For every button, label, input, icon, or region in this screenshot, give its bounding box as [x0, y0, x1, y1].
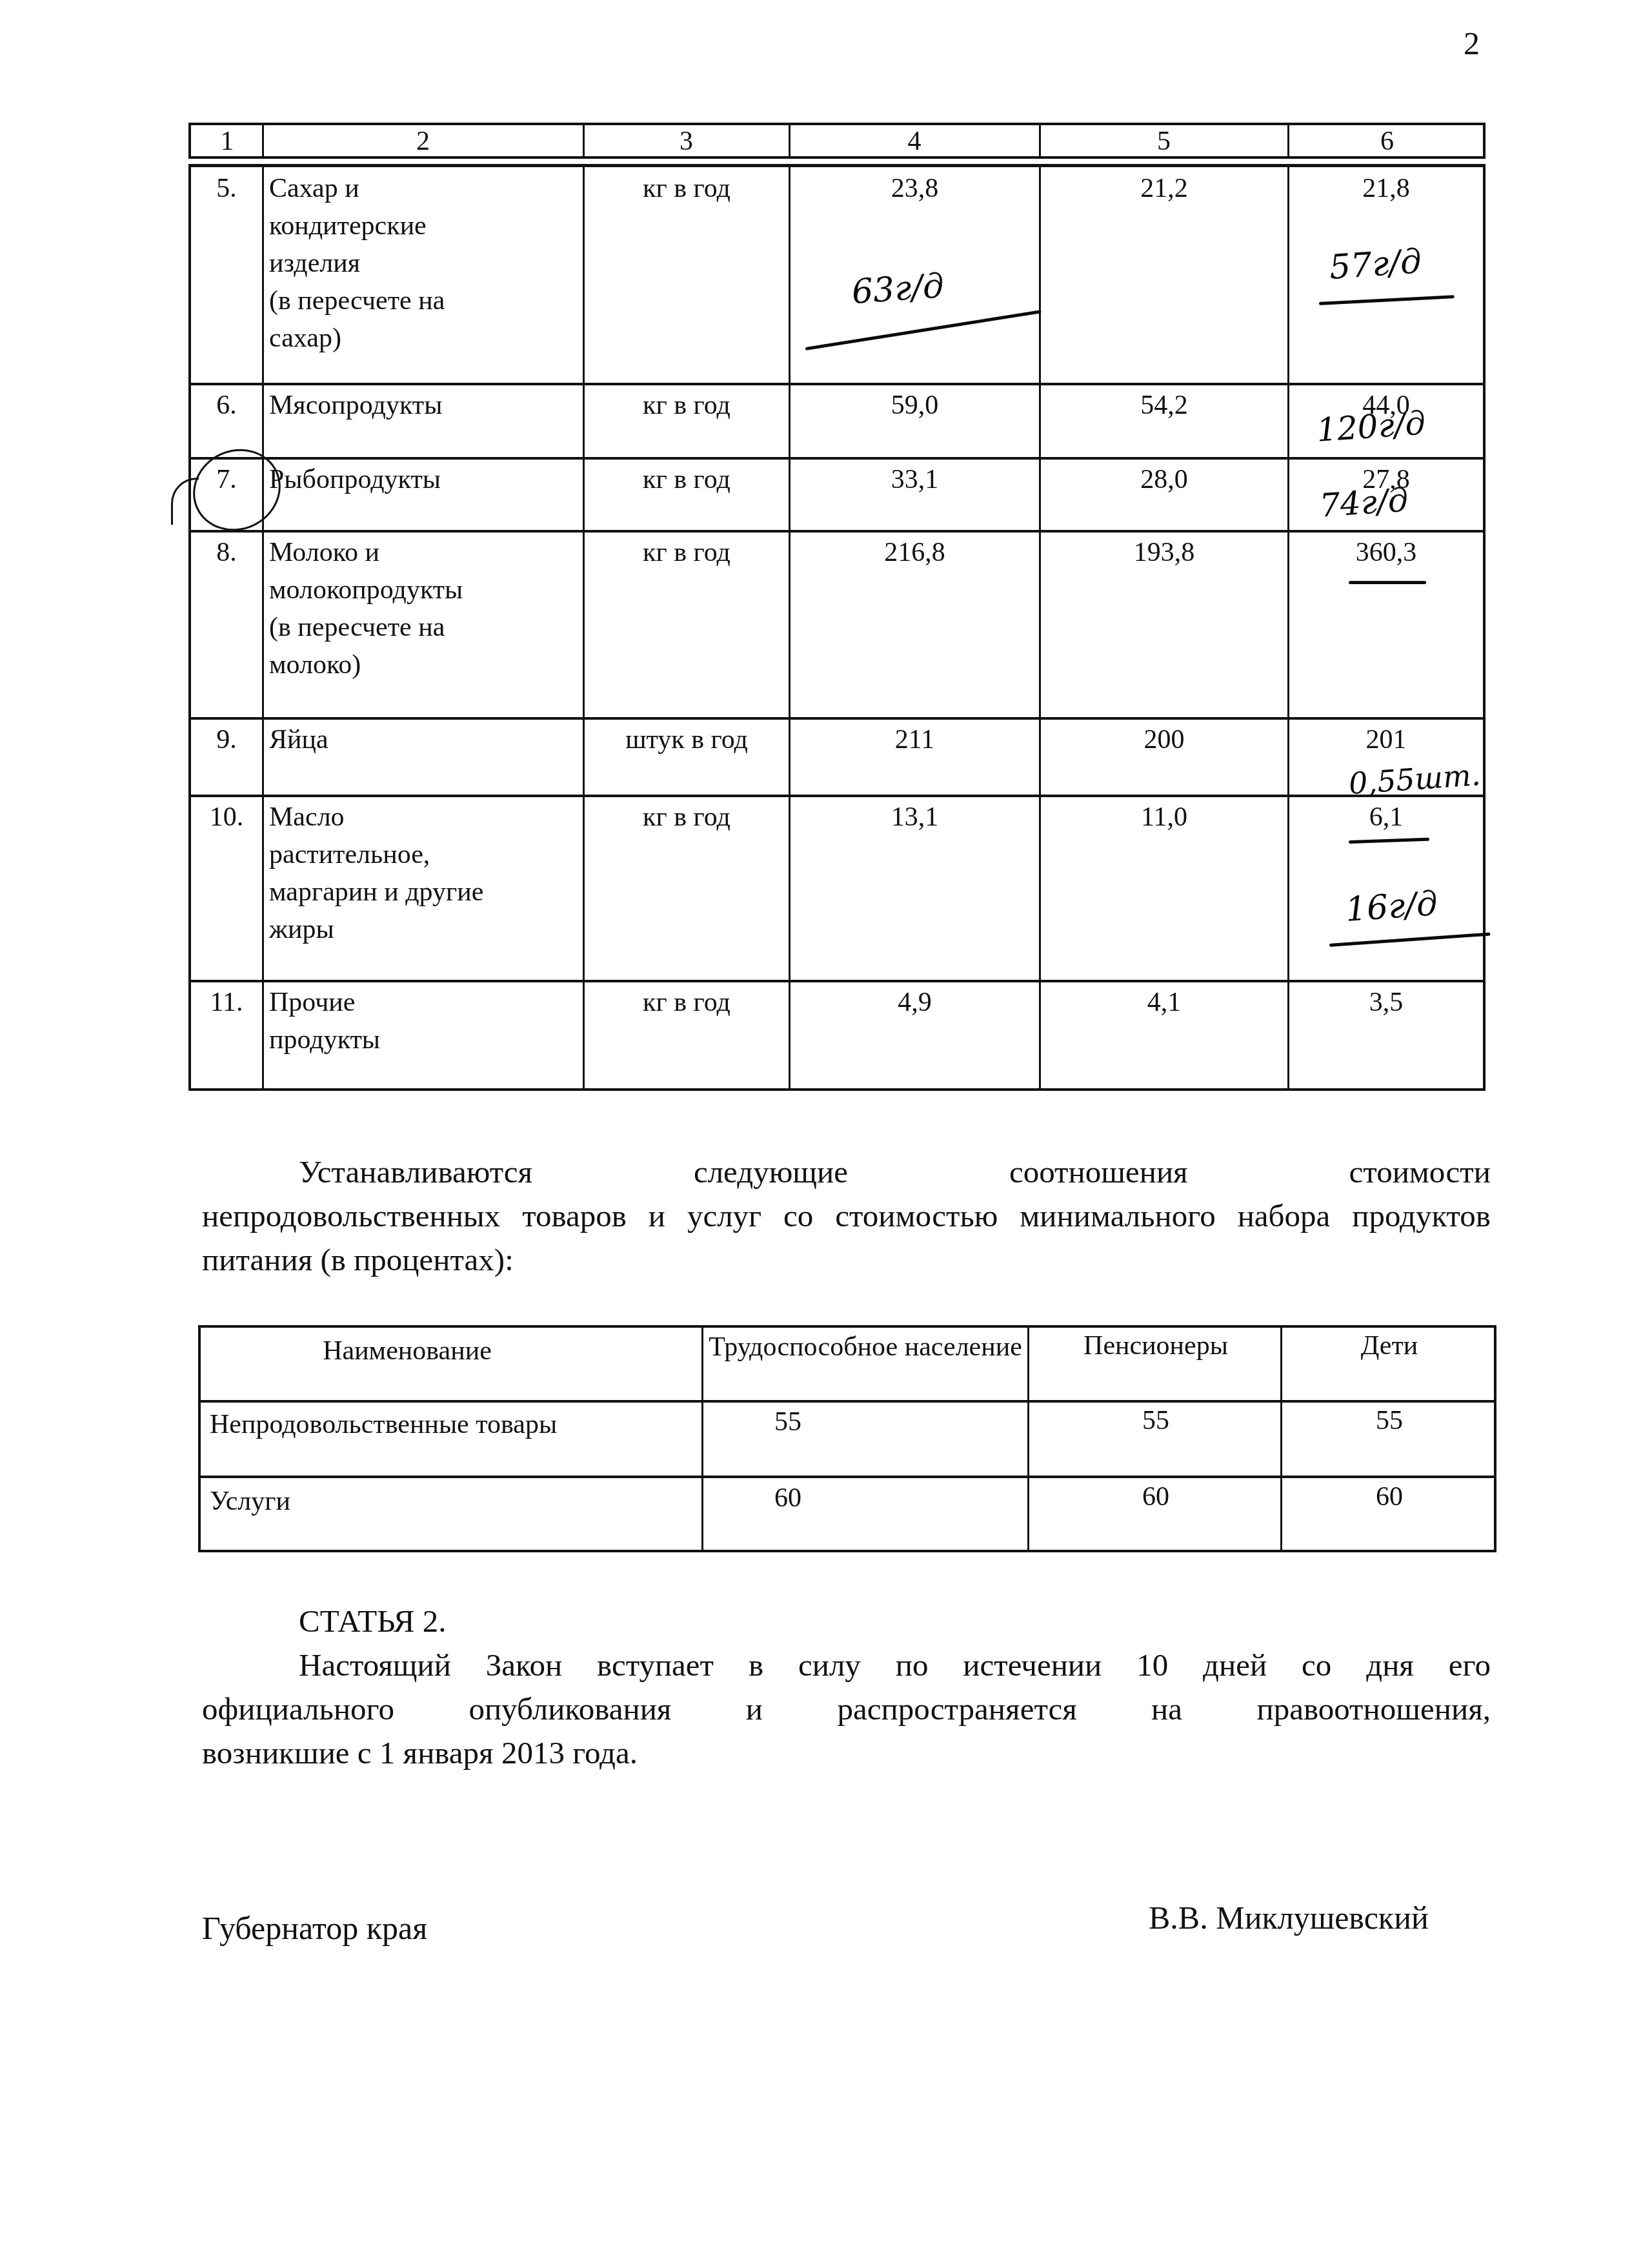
product-name: Сахар икондитерскиеизделия(в пересчете н… [269, 170, 583, 357]
word: опубликования [468, 1687, 671, 1731]
name-line: кондитерские [269, 207, 583, 245]
row-services-name: Услуги [210, 1485, 290, 1518]
name-line: Сахар и [269, 170, 583, 207]
row-number: 10. [191, 798, 262, 836]
value-col-6: 201 [1289, 721, 1483, 758]
value-col-6: 6,1 [1289, 798, 1483, 836]
handwritten-note-row7-col6: 74г/д [1318, 481, 1409, 524]
row-number: 8. [191, 534, 262, 571]
value-col-5: 200 [1041, 721, 1287, 758]
value-col-4: 13,1 [791, 798, 1039, 836]
word: Настоящий [299, 1643, 451, 1687]
row-services-pensioners: 60 [1030, 1480, 1282, 1514]
product-name: Прочиепродукты [269, 984, 583, 1059]
article-line-2: официальногоопубликованияираспространяет… [202, 1687, 1491, 1731]
row-number: 5. [191, 170, 262, 207]
value-col-5: 4,1 [1041, 984, 1287, 1021]
page-number: 2 [1464, 25, 1480, 62]
value-col-6: 3,5 [1289, 984, 1483, 1021]
value-col-5: 28,0 [1041, 461, 1287, 498]
header-col-6: 6 [1289, 123, 1486, 160]
word: распространяется [837, 1687, 1076, 1731]
ratio-paragraph: Устанавливаются следующие соотношения ст… [202, 1150, 1491, 1282]
article-line-3: возникшие с 1 января 2013 года. [202, 1731, 1491, 1775]
name-line: Мясопродукты [269, 387, 583, 424]
header-col-5: 5 [1040, 123, 1287, 160]
hand-drawn-arc [171, 478, 199, 525]
value-col-4: 33,1 [791, 461, 1039, 498]
name-line: продукты [269, 1021, 583, 1059]
header-name: Наименование [201, 1334, 614, 1368]
value-col-4: 216,8 [791, 534, 1039, 571]
article-line-1: НастоящийЗаконвступаетвсилупоистечении10… [202, 1643, 1491, 1687]
name-line: молокопродукты [269, 571, 583, 609]
word: Устанавливаются [299, 1150, 532, 1194]
product-name: Яйца [269, 721, 583, 758]
name-line: изделия [269, 245, 583, 282]
row-number: 11. [191, 984, 262, 1021]
product-name: Маслорастительное,маргарин и другиежиры [269, 798, 583, 948]
value-col-5: 11,0 [1041, 798, 1287, 836]
handwritten-note-row10-col6: 16г/д [1344, 884, 1439, 929]
value-col-4: 211 [791, 721, 1039, 758]
header-working-age: Трудоспособное население [704, 1330, 1027, 1364]
article-2: СТАТЬЯ 2. НастоящийЗаконвступаетвсилупои… [202, 1599, 1491, 1775]
header-col-3: 3 [584, 123, 789, 160]
value-col-6: 360,3 [1289, 534, 1483, 571]
word: 10 [1136, 1643, 1168, 1687]
header-pensioners: Пенсионеры [1030, 1329, 1282, 1363]
word: в [749, 1643, 763, 1687]
word: соотношения [1009, 1150, 1188, 1194]
name-line: (в пересчете на [269, 609, 583, 646]
word: Закон [486, 1643, 562, 1687]
row-services-working-age: 60 [704, 1481, 872, 1515]
signature-name: В.В. Миклушевский [1149, 1899, 1429, 1936]
word: стоимости [1349, 1150, 1491, 1194]
word: следующие [694, 1150, 848, 1194]
row-nonfood-children: 55 [1283, 1404, 1496, 1437]
name-line: молоко) [269, 646, 583, 684]
name-line: Яйца [269, 721, 583, 758]
row-divider [191, 980, 1483, 982]
name-line: Молоко и [269, 534, 583, 571]
word: со [1302, 1643, 1331, 1687]
row-divider [191, 383, 1483, 385]
unit: кг в год [585, 461, 789, 498]
row-number: 9. [191, 721, 262, 758]
product-name: Мясопродукты [269, 387, 583, 424]
handwritten-note-row5-col4: 63г/д [851, 267, 945, 312]
unit: кг в год [585, 170, 789, 207]
header-children: Дети [1283, 1329, 1496, 1363]
word: дня [1366, 1643, 1414, 1687]
word: правоотношения, [1256, 1687, 1490, 1731]
word: истечении [963, 1643, 1102, 1687]
row-nonfood-pensioners: 55 [1030, 1404, 1282, 1437]
paragraph-rest: непродовольственных товаров и услуг со с… [202, 1194, 1491, 1282]
header-col-2: 2 [263, 123, 583, 160]
word: по [896, 1643, 929, 1687]
handwritten-note-row6-col6: 120г/д [1315, 404, 1427, 449]
name-line: жиры [269, 911, 583, 948]
table-header-row: 1 2 3 4 5 6 [188, 123, 1486, 159]
value-col-5: 54,2 [1041, 387, 1287, 424]
word: вступает [597, 1643, 714, 1687]
cost-ratio-table: Наименование Трудоспособное население Пе… [198, 1325, 1496, 1552]
product-name: Молоко имолокопродукты(в пересчете намол… [269, 534, 583, 684]
paragraph-line-1: Устанавливаются следующие соотношения ст… [202, 1150, 1491, 1194]
name-line: маргарин и другие [269, 873, 583, 911]
word: официального [202, 1687, 394, 1731]
product-name: Рыбопродукты [269, 461, 583, 498]
row-divider [191, 457, 1483, 460]
signature-title: Губернатор края [202, 1909, 427, 1947]
value-col-6: 21,8 [1289, 170, 1483, 207]
row-divider [191, 795, 1483, 797]
header-col-4: 4 [790, 123, 1039, 160]
name-line: (в пересчете на [269, 282, 583, 320]
name-line: Масло [269, 798, 583, 836]
value-col-4: 59,0 [791, 387, 1039, 424]
value-col-5: 21,2 [1041, 170, 1287, 207]
article-heading: СТАТЬЯ 2. [202, 1599, 1491, 1643]
unit: штук в год [585, 721, 789, 758]
word: его [1449, 1643, 1491, 1687]
name-line: Рыбопродукты [269, 461, 583, 498]
row-divider [191, 717, 1483, 720]
value-col-4: 4,9 [791, 984, 1039, 1021]
row-services-children: 60 [1283, 1480, 1496, 1514]
word: и [746, 1687, 763, 1731]
handwritten-note-row5-col6: 57г/д [1328, 242, 1423, 287]
name-line: Прочие [269, 984, 583, 1021]
unit: кг в год [585, 387, 789, 424]
name-line: растительное, [269, 836, 583, 873]
unit: кг в год [585, 534, 789, 571]
header-col-1: 1 [191, 123, 263, 160]
name-line: сахар) [269, 320, 583, 357]
value-col-5: 193,8 [1041, 534, 1287, 571]
row-number: 6. [191, 387, 262, 424]
word: на [1151, 1687, 1182, 1731]
table-body: 5.Сахар икондитерскиеизделия(в пересчете… [188, 164, 1486, 1091]
value-col-4: 23,8 [791, 170, 1039, 207]
unit: кг в год [585, 984, 789, 1021]
handwritten-underline [1349, 581, 1426, 584]
row-nonfood-working-age: 55 [704, 1405, 872, 1439]
unit: кг в год [585, 798, 789, 836]
row-nonfood-name: Непродовольственные товары [210, 1408, 557, 1441]
word: силу [798, 1643, 861, 1687]
word: дней [1203, 1643, 1267, 1687]
row-divider [191, 530, 1483, 533]
